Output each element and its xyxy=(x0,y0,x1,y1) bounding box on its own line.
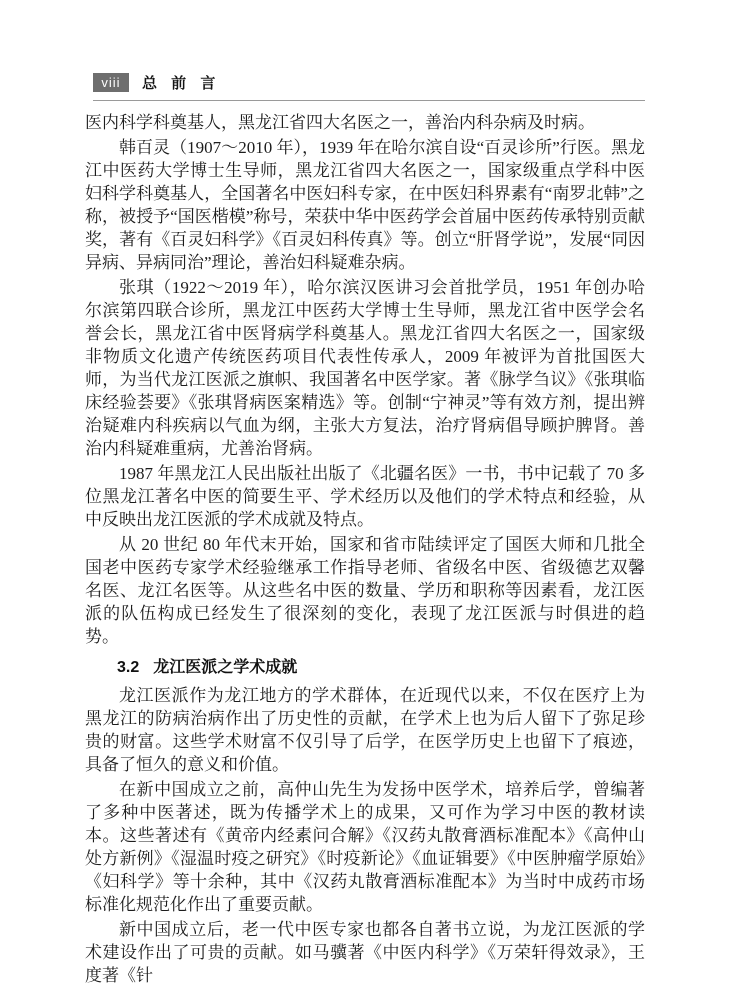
section-heading: 3.2龙江医派之学术成就 xyxy=(85,656,645,679)
paragraph-guoyi-dashi: 从 20 世纪 80 年代末开始，国家和省市陆续评定了国医大师和几批全国老中医药… xyxy=(85,533,645,648)
paragraph-continuation: 医内科学科奠基人，黑龙江省四大名医之一，善治内科杂病及时病。 xyxy=(85,111,645,134)
section-heading-title: 龙江医派之学术成就 xyxy=(153,659,297,676)
paragraph-new-china: 新中国成立后，老一代中医专家也都各自著书立说，为龙江医派的学术建设作出了可贵的贡… xyxy=(85,918,645,987)
section-heading-number: 3.2 xyxy=(117,659,139,676)
header-title: 总 前 言 xyxy=(142,72,220,93)
book-page: viii 总 前 言 医内科学科奠基人，黑龙江省四大名医之一，善治内科杂病及时病… xyxy=(0,0,729,1005)
paragraph-han-bailing: 韩百灵（1907～2010 年），1939 年在哈尔滨自设“百灵诊所”行医。黑龙… xyxy=(85,136,645,274)
paragraph-zhang-qi: 张琪（1922～2019 年），哈尔滨汉医讲习会首批学员，1951 年创办哈尔滨… xyxy=(85,276,645,460)
paragraph-gao-zhongshan: 在新中国成立之前，高仲山先生为发扬中医学术，培养后学，曾编著了多种中医著述，既为… xyxy=(85,778,645,916)
paragraph-beijiang-mingyi: 1987 年黑龙江人民出版社出版了《北疆名医》一书，书中记载了 70 多位黑龙江… xyxy=(85,462,645,531)
running-header: viii 总 前 言 xyxy=(93,72,645,101)
paragraph-academic-wealth: 龙江医派作为龙江地方的学术群体，在近现代以来，不仅在医疗上为黑龙江的防病治病作出… xyxy=(85,684,645,776)
page-number-badge: viii xyxy=(93,73,129,92)
page-content: viii 总 前 言 医内科学科奠基人，黑龙江省四大名医之一，善治内科杂病及时病… xyxy=(85,72,645,989)
body-text: 医内科学科奠基人，黑龙江省四大名医之一，善治内科杂病及时病。 韩百灵（1907～… xyxy=(85,111,645,987)
